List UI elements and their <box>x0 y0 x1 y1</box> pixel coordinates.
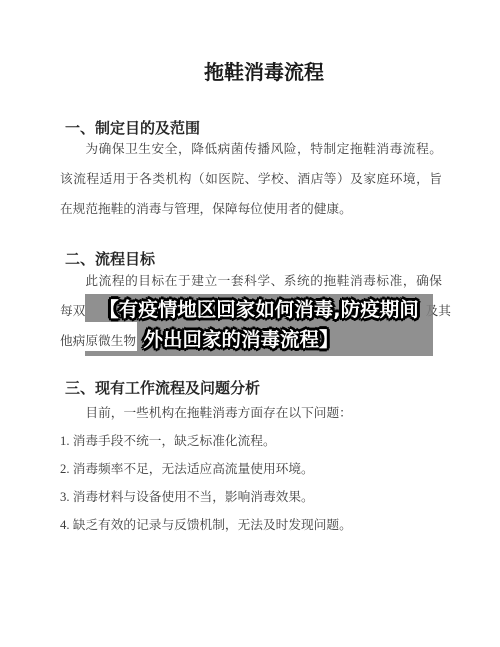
document-page: 拖鞋消毒流程 一、制定目的及范围 为确保卫生安全，降低病菌传播风险，特制定拖鞋消… <box>0 0 500 647</box>
section-1-paragraph: 为确保卫生安全，降低病菌传播风险，特制定拖鞋消毒流程。 该流程适用于各类机构（如… <box>60 134 442 224</box>
paragraph-line: 在规范拖鞋的消毒与管理，保障每位使用者的健康。 <box>60 194 442 224</box>
watermark-caption-line: 外出回家的消毒流程】 <box>143 325 338 355</box>
watermark-caption: 【有疫情地区回家如何消毒,防疫期间 外出回家的消毒流程】 <box>85 294 433 356</box>
paragraph-line: 此流程的目标在于建立一套科学、系统的拖鞋消毒标准，确保 <box>60 266 442 296</box>
paragraph-line: 为确保卫生安全，降低病菌传播风险，特制定拖鞋消毒流程。 <box>60 134 442 164</box>
visible-fragment-left: 每双 <box>60 304 85 318</box>
document-title: 拖鞋消毒流程 <box>60 59 442 85</box>
watermark-caption-line: 【有疫情地区回家如何消毒,防疫期间 <box>99 295 418 325</box>
section-3-intro: 目前，一些机构在拖鞋消毒方面存在以下问题： <box>60 399 442 427</box>
section-3-heading: 三、现有工作流程及问题分析 <box>60 374 447 402</box>
problem-list-item: 4. 缺乏有效的记录与反馈机制，无法及时发现问题。 <box>60 511 442 539</box>
problem-list-item: 2. 消毒频率不足，无法适应高流量使用环境。 <box>60 455 442 483</box>
paragraph-line: 该流程适用于各类机构（如医院、学校、酒店等）及家庭环境，旨 <box>60 164 442 194</box>
problem-list-item: 3. 消毒材料与设备使用不当，影响消毒效果。 <box>60 483 442 511</box>
section-3-content: 目前，一些机构在拖鞋消毒方面存在以下问题： 1. 消毒手段不统一，缺乏标准化流程… <box>60 399 442 539</box>
problem-list-item: 1. 消毒手段不统一，缺乏标准化流程。 <box>60 427 442 455</box>
